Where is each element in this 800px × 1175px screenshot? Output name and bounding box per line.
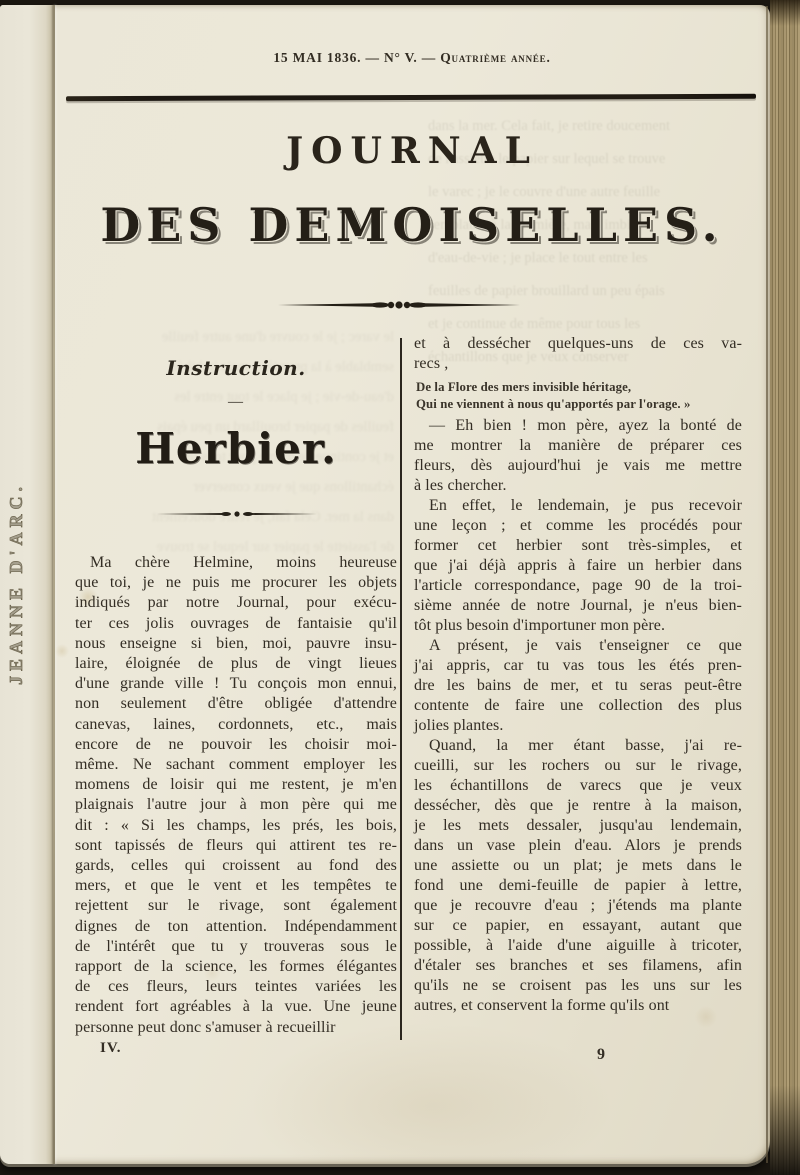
text-line: tôt plus besoin d'importuner mon père. [414,616,742,636]
text-line: fond une demi-feuille de papier à lettre… [414,876,742,896]
text-line: de ces fleurs, leurs teintes variées les [75,977,397,997]
text-line: que toi, je ne puis me procurer les obje… [75,573,397,593]
gutter-crease [53,5,55,1164]
text-line: mers, et que le vent et les tempêtes te [75,876,397,896]
text-line: rejettent sur le rivage, sont également [75,896,397,916]
paragraph: Quand, la mer étant basse, j'ai re-cueil… [414,736,742,1016]
section-heading: Instruction. [75,356,397,380]
text-line: que je recouvre d'eau ; j'étends ma plan… [414,896,742,916]
paragraph: A présent, je vais t'enseigner ce quej'a… [414,636,742,736]
text-line: une leçon ; et comme les procédés pour [414,516,742,536]
text-line: sième année de notre Journal, je n'eus b… [414,596,742,616]
scanned-journal-page: { "document": { "date_line": "15 MAI 183… [0,0,800,1175]
signature-mark: IV. [100,1040,122,1057]
text-line: momens de loisir qui me restent, je m'en [75,775,397,795]
text-line: et à dessécher quelques-uns de ces va- [414,334,742,354]
text-line: gards, celles qui croissent au fond des [75,856,397,876]
paragraph: — Eh bien ! mon père, ayez la bonté deme… [414,416,742,496]
text-line: sur ce papier, en essayant, autant que [414,916,742,936]
text-line: De la Flore des mers invisible héritage, [416,379,742,396]
text-line: ter ces jolis ouvrages de fantaisie qu'i… [75,614,397,634]
text-line: personne peut donc s'amuser à recueillir [75,1018,397,1038]
masthead-subtitle: DES DEMOISELLES. [68,198,756,253]
column-divider [400,338,402,1040]
verse-quote: De la Flore des mers invisible héritage,… [416,379,742,412]
paragraph: et à dessécher quelques-uns de ces va-re… [414,334,742,374]
text-line: qu'ils ne se croisent pas les uns sur le… [414,976,742,996]
text-line: nous enseigne si bien, moi, pauvre insu- [75,634,397,654]
margin-caption: JEANNE D'ARC. [6,368,42,798]
text-line: En effet, le lendemain, je pus recevoir [414,496,742,516]
text-line: indiqués par notre Journal, pour exécu- [75,593,397,613]
small-ornament-divider-icon [156,508,318,520]
text-line: dessécher, dès que je rentre à la maison… [414,796,742,816]
text-line: — Eh bien ! mon père, ayez la bonté de [414,416,742,436]
text-line: les échantillons de varecs que je veux [414,776,742,796]
text-line: canevas, laines, cordonnets, etc., mais [75,715,397,735]
text-line: cueilli, sur les rochers ou sur le rivag… [414,756,742,776]
text-line: une assiette ou un plat; je mets dans le [414,856,742,876]
masthead-title: JOURNAL [68,130,756,172]
text-line: autres, et conservent la forme qu'ils on… [414,996,742,1016]
paragraph: En effet, le lendemain, je pus recevoiru… [414,496,742,636]
text-line: je les mets dessaler, jusqu'au lendemain… [414,816,742,836]
text-line: dans un vase plein d'eau. Alors je prend… [414,836,742,856]
date-line: 15 MAI 1836. — N° V. — Quatrième année. [68,50,756,66]
text-line: fleurs, dès aujourd'hui je vais me mettr… [414,456,742,476]
text-line: Ma chère Helmine, moins heureuse [75,553,397,573]
text-line: laire, éloignée de plus de vingt lieues [75,654,397,674]
text-line: non seulement d'être obligée d'attendre [75,694,397,714]
text-line: recs , [414,354,742,374]
text-line: encore de ne pouvoir les choisir moi- [75,735,397,755]
text-line: dit : « Si les champs, les prés, les boi… [75,816,397,836]
text-line: rapport de la science, les formes élégan… [75,957,397,977]
article-title: Herbier. [75,424,397,473]
text-line: même. Ne sachant comment employer les [75,755,397,775]
text-line: dre les bains de mer, et tu seras peut-ê… [414,676,742,696]
left-column-text: Ma chère Helmine, moins heureuseque toi,… [75,553,397,1038]
section-separator: — [75,394,397,411]
text-line: que j'ai déjà appris à faire un herbier … [414,556,742,576]
text-line: d'étaler ses branches et ses filamens, a… [414,956,742,976]
text-line: dignes de ton attention. Indépendamment [75,917,397,937]
text-line: former cet herbier sont très-simples, et [414,536,742,556]
text-line: de l'intérêt que tu y trouveras sous le [75,937,397,957]
text-line: à les chercher. [414,476,742,496]
text-line: me montrer la manière de préparer ces [414,436,742,456]
text-line: jolies plantes. [414,716,742,736]
text-line: A présent, je vais t'enseigner ce que [414,636,742,656]
text-line: rendent fort agréables à la vue. Une jeu… [75,997,397,1017]
text-line: l'article correspondance, page 90 de la … [414,576,742,596]
right-column-text: et à dessécher quelques-uns de ces va-re… [414,334,742,1016]
text-line: Quand, la mer étant basse, j'ai re- [414,736,742,756]
page-number: 9 [597,1046,605,1064]
text-line: d'une grande ville ! Tu conçois mon ennu… [75,674,397,694]
text-line: j'ai appris, car tu vas tous les étés pr… [414,656,742,676]
book-fore-edge [770,0,800,1175]
paragraph: Ma chère Helmine, moins heureuseque toi,… [75,553,397,1038]
text-line: sont tapissés de fleurs qui attirent tes… [75,836,397,856]
text-line: plaignais l'autre jour à mon père qui me [75,795,397,815]
text-line: Qui ne viennent à nous qu'apportés par l… [416,396,742,413]
ornament-divider-icon [276,296,522,314]
text-line: contente de faire une collection des plu… [414,696,742,716]
page-edge-line [766,6,768,1163]
text-line: possible, à l'aide d'une aiguille à tric… [414,936,742,956]
